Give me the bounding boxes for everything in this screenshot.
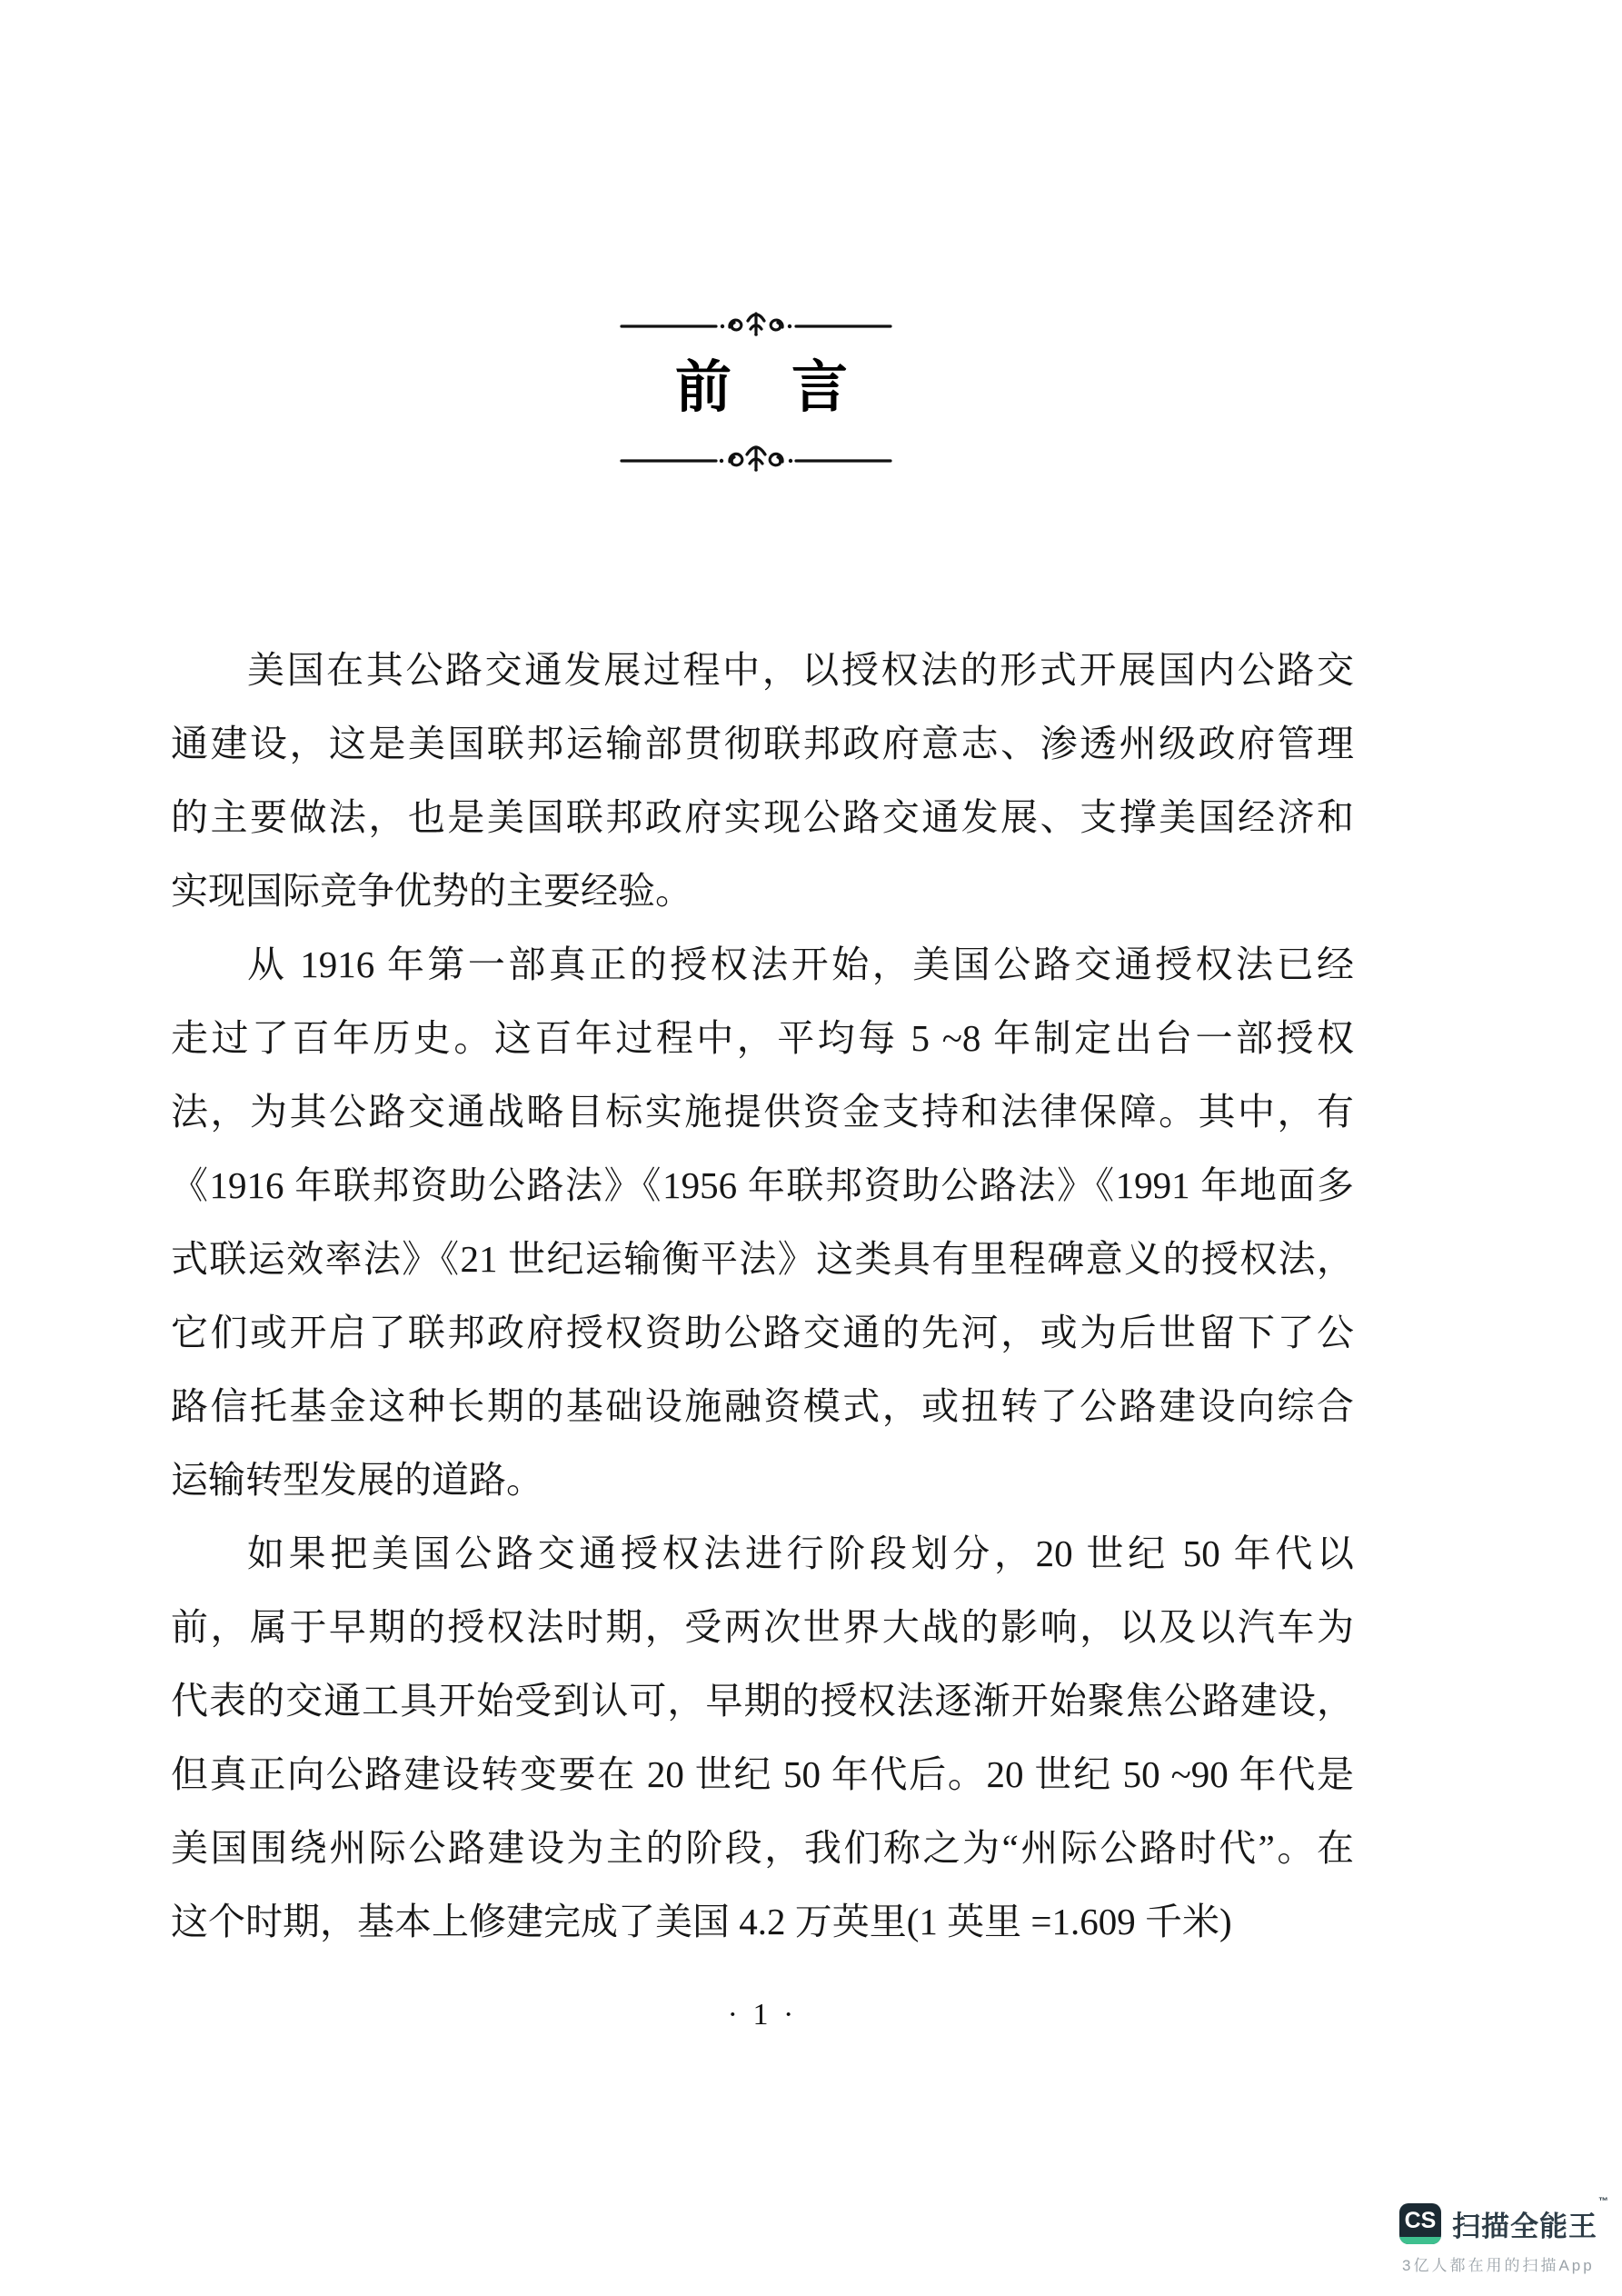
text-line: 这个时期，基本上修建完成了美国 4.2 万英里(1 英里 =1.609 千米) <box>171 1885 1354 1959</box>
text-line: 通建设，这是美国联邦运输部贯彻联邦政府意志、渗透州级政府管理 <box>171 707 1354 781</box>
text-line: 式联运效率法》《21 世纪运输衡平法》这类具有里程碑意义的授权法， <box>171 1223 1354 1296</box>
camscanner-badge-accent-strip <box>1399 2237 1441 2244</box>
text-line: 但真正向公路建设转变要在 20 世纪 50 年代后。20 世纪 50 ~90 年… <box>171 1738 1354 1812</box>
text-line: 路信托基金这种长期的基础设施融资模式，或扭转了公路建设向综合 <box>171 1370 1354 1443</box>
text-line: 代表的交通工具开始受到认可，早期的授权法逐渐开始聚焦公路建设， <box>171 1664 1354 1738</box>
text-line: 美国在其公路交通发展过程中，以授权法的形式开展国内公路交 <box>171 634 1354 707</box>
ornament-top-divider <box>620 309 892 342</box>
trademark-symbol: ™ <box>1598 2196 1609 2207</box>
camscanner-tagline: 3亿人都在用的扫描App <box>1399 2252 1608 2275</box>
text-line: 的主要做法，也是美国联邦政府实现公路交通发展、支撑美国经济和 <box>171 781 1354 854</box>
camscanner-watermark: CS 扫描全能王™ 3亿人都在用的扫描App <box>1399 2203 1608 2275</box>
text-line: 如果把美国公路交通授权法进行阶段划分，20 世纪 50 年代以 <box>171 1517 1354 1591</box>
text-line: 前，属于早期的授权法时期，受两次世界大战的影响，以及以汽车为 <box>171 1591 1354 1664</box>
camscanner-app-name-text: 扫描全能王 <box>1452 2211 1597 2242</box>
scanned-book-page: 前 言 美国在其公路交通发展过程中，以授权法的形式开展国内公路交 通建设，这是美… <box>0 0 1622 2296</box>
camscanner-logo-row: CS 扫描全能王™ <box>1399 2203 1608 2244</box>
page-title: 前 言 <box>0 356 1525 420</box>
text-line: 《1916 年联邦资助公路法》《1956 年联邦资助公路法》《1991 年地面多 <box>171 1149 1354 1223</box>
page-number: · 1 · <box>171 1998 1354 2032</box>
ornament-bottom-divider <box>620 444 892 476</box>
camscanner-app-name: 扫描全能王™ <box>1452 2203 1608 2244</box>
text-line: 从 1916 年第一部真正的授权法开始，美国公路交通授权法已经 <box>171 928 1354 1002</box>
text-line: 法，为其公路交通战略目标实施提供资金支持和法律保障。其中，有 <box>171 1075 1354 1149</box>
preface-body: 美国在其公路交通发展过程中，以授权法的形式开展国内公路交 通建设，这是美国联邦运… <box>171 634 1354 1959</box>
text-line: 运输转型发展的道路。 <box>171 1443 1354 1517</box>
text-line: 美国围绕州际公路建设为主的阶段，我们称之为“州际公路时代”。在 <box>171 1812 1354 1885</box>
camscanner-logo-icon: CS <box>1399 2203 1441 2244</box>
text-line: 它们或开启了联邦政府授权资助公路交通的先河，或为后世留下了公 <box>171 1296 1354 1370</box>
text-line: 实现国际竞争优势的主要经验。 <box>171 854 1354 928</box>
camscanner-badge-label: CS <box>1405 2208 1437 2234</box>
text-line: 走过了百年历史。这百年过程中，平均每 5 ~8 年制定出台一部授权 <box>171 1002 1354 1075</box>
